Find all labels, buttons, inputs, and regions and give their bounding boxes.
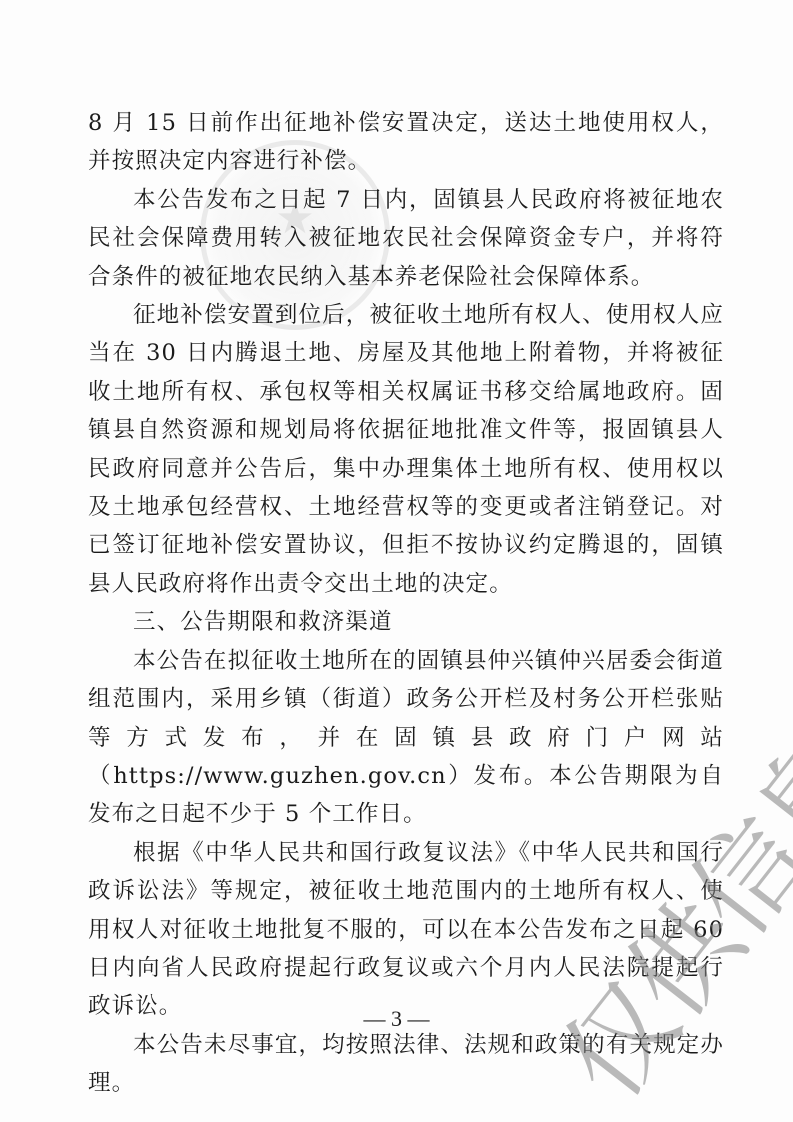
paragraph-social-security: 本公告发布之日起 7 日内，固镇县人民政府将被征地农民社会保障费用转入被征地农民…: [88, 181, 724, 296]
paragraph-publication: 本公告在拟征收土地所在的固镇县仲兴镇仲兴居委会街道组范围内，采用乡镇（街道）政务…: [88, 642, 724, 834]
paragraph-land-vacating: 征地补偿安置到位后，被征收土地所有权人、使用权人应当在 30 日内腾退土地、房屋…: [88, 296, 724, 603]
document-page: ★ 8 月 15 日前作出征地补偿安置决定，送达土地使用权人，并按照决定内容进行…: [0, 0, 793, 1122]
section-heading-notice-period: 三、公告期限和救济渠道: [88, 603, 724, 641]
paragraph-compensation-decision: 8 月 15 日前作出征地补偿安置决定，送达土地使用权人，并按照决定内容进行补偿…: [88, 104, 724, 181]
